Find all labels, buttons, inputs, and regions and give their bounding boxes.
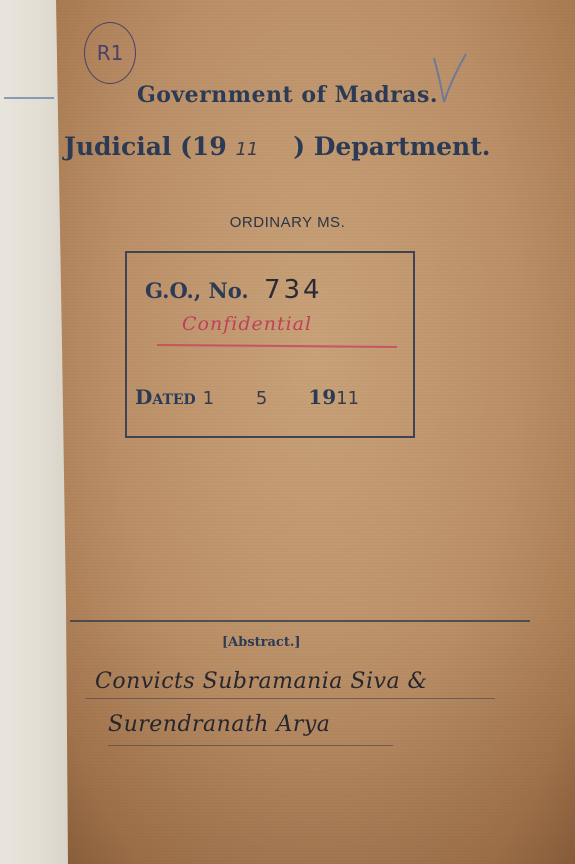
abstract-guide-line [108,745,393,746]
confidential-stamp: Confidential [182,313,312,335]
dated-day: 1 [203,388,214,409]
abstract-line-1: Convicts Subramania Siva & [95,669,428,694]
go-number: 734 [264,275,323,305]
circled-annotation: R1 [84,22,136,84]
dated-year: 1911 [308,385,359,409]
red-underline [157,344,397,348]
dated-month: 5 [256,388,267,409]
section-divider [70,620,530,622]
abstract-guide-line [85,698,495,699]
government-heading: Government of Madras. [0,82,575,108]
go-number-line: G.O., No. 734 [145,275,323,305]
order-box: G.O., No. 734 Confidential Dated 1 5 191… [125,251,415,438]
handwritten-year: 11 [235,139,258,160]
dated-line: Dated 1 5 1911 [135,385,359,409]
abstract-label: [Abstract.] [222,635,301,650]
abstract-line-2: Surendranath Arya [108,712,330,737]
department-heading: Judicial (19 11 ) Department. [64,132,491,161]
category-label: ORDINARY MS. [0,214,575,231]
